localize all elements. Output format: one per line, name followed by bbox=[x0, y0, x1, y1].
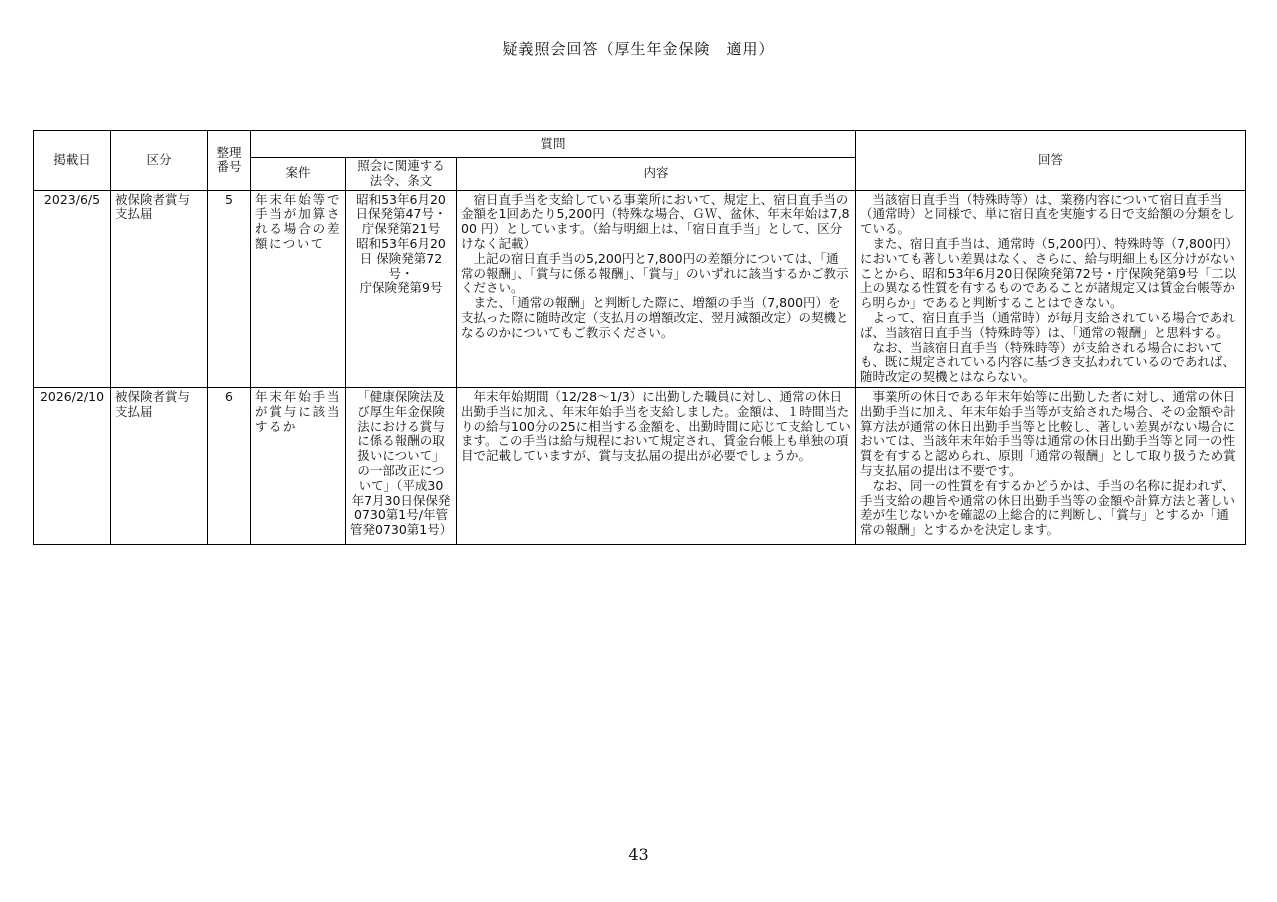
header-content: 内容 bbox=[457, 158, 856, 191]
cell-published-date: 2023/6/5 bbox=[34, 190, 111, 387]
header-published-date: 掲載日 bbox=[34, 131, 111, 191]
header-answer: 回答 bbox=[856, 131, 1246, 191]
inquiry-response-table: 掲載日 区分 整理 番号 質問 回答 案件 照会に関連する 法令、条文 内容 2… bbox=[33, 130, 1246, 545]
cell-question-content: 年末年始期間（12/28～1/3）に出勤した職員に対し、通常の休日出勤手当に加え… bbox=[457, 387, 856, 544]
cell-question-content: 宿日直手当を支給している事業所において、規定上、宿日直手当の金額を1回あたり5,… bbox=[457, 190, 856, 387]
cell-published-date: 2026/2/10 bbox=[34, 387, 111, 544]
page-number: 43 bbox=[0, 845, 1277, 864]
header-category: 区分 bbox=[111, 131, 208, 191]
cell-case: 年末年始手当が賞与に該当するか bbox=[251, 387, 346, 544]
cell-serial-number: 5 bbox=[208, 190, 251, 387]
cell-category: 被保険者賞与 支払届 bbox=[111, 387, 208, 544]
cell-answer: 事業所の休日である年末年始等に出勤した者に対し、通常の休日出勤手当に加え、年末年… bbox=[856, 387, 1246, 544]
cell-category: 被保険者賞与 支払届 bbox=[111, 190, 208, 387]
cell-related-laws: 昭和53年6月20 日保発第47号・ 庁保発第21号 昭和53年6月20 日 保… bbox=[346, 190, 457, 387]
cell-case: 年末年始等で手当が加算される場合の差額について bbox=[251, 190, 346, 387]
header-related-laws: 照会に関連する 法令、条文 bbox=[346, 158, 457, 191]
table-row: 2023/6/5 被保険者賞与 支払届 5 年末年始等で手当が加算される場合の差… bbox=[34, 190, 1246, 387]
header-case: 案件 bbox=[251, 158, 346, 191]
header-question: 質問 bbox=[251, 131, 856, 158]
page-title: 疑義照会回答（厚生年金保険 適用） bbox=[0, 38, 1277, 59]
cell-answer: 当該宿日直手当（特殊時等）は、業務内容について宿日直手当（通常時）と同様で、単に… bbox=[856, 190, 1246, 387]
header-serial-number: 整理 番号 bbox=[208, 131, 251, 191]
table-header-row-1: 掲載日 区分 整理 番号 質問 回答 bbox=[34, 131, 1246, 158]
document-page: 疑義照会回答（厚生年金保険 適用） 掲載日 区分 整理 番号 質問 回答 案件 … bbox=[0, 0, 1277, 902]
table-row: 2026/2/10 被保険者賞与 支払届 6 年末年始手当が賞与に該当するか 「… bbox=[34, 387, 1246, 544]
cell-serial-number: 6 bbox=[208, 387, 251, 544]
cell-related-laws: 「健康保険法及 び厚生年金保険 法における賞与 に係る報酬の取 扱いについて」 … bbox=[346, 387, 457, 544]
